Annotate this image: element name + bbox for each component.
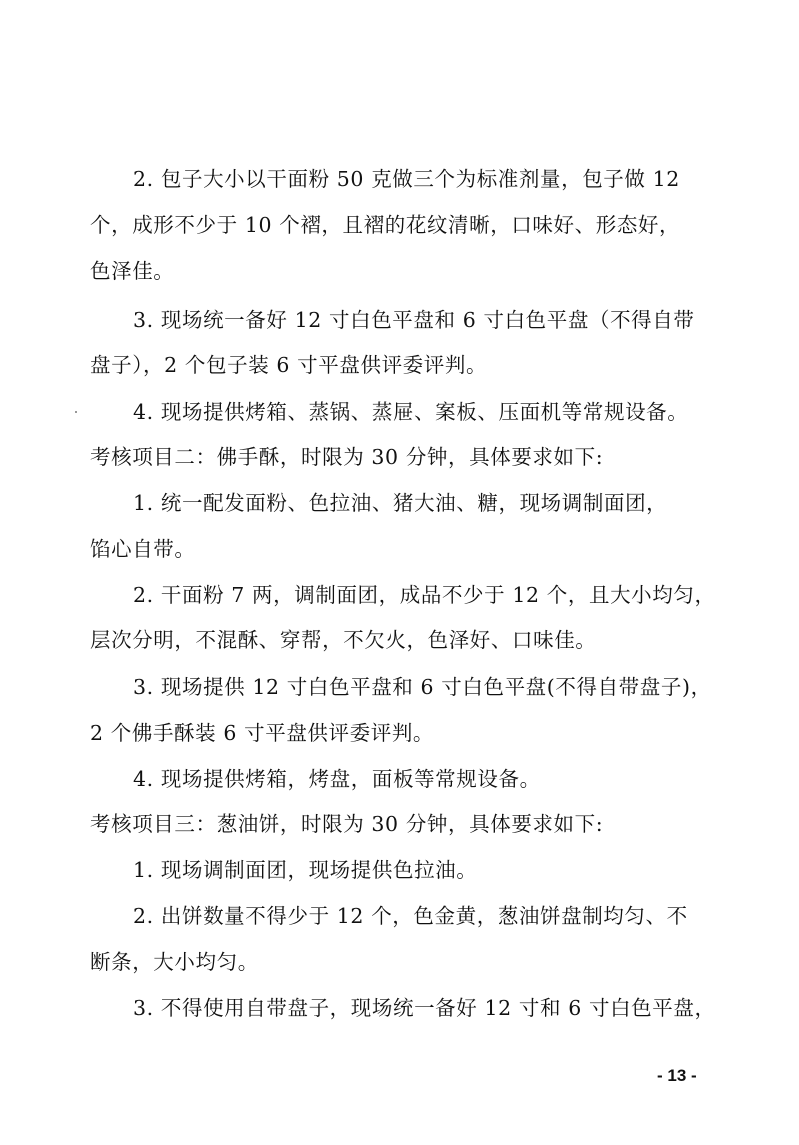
- section-heading-project-2: 考核项目二：佛手酥，时限为 30 分钟，具体要求如下:: [90, 444, 603, 470]
- item-3-plates-line-2: 盘子），2 个包子装 6 寸平盘供评委评判。: [90, 352, 487, 378]
- item-2-baozi-size-line-1: 2. 包子大小以干面粉 50 克做三个为标准剂量，包子做 12: [133, 166, 680, 192]
- item-3-plates-line-1: 3. 现场统一备好 12 寸白色平盘和 6 寸白色平盘（不得自带: [133, 307, 694, 333]
- p3-item-2-line-1: 2. 出饼数量不得少于 12 个，色金黄，葱油饼盘制均匀、不: [133, 903, 688, 929]
- section-heading-project-3: 考核项目三：葱油饼，时限为 30 分钟，具体要求如下:: [90, 811, 603, 837]
- page-number: - 13 -: [657, 1066, 697, 1086]
- document-page: 2. 包子大小以干面粉 50 克做三个为标准剂量，包子做 12 个，成形不少于 …: [0, 0, 799, 1145]
- p2-item-2-line-1: 2. 干面粉 7 两，调制面团，成品不少于 12 个，且大小均匀，: [133, 582, 716, 608]
- p2-item-4-equipment: 4. 现场提供烤箱，烤盘，面板等常规设备。: [133, 766, 541, 792]
- p2-item-3-line-1: 3. 现场提供 12 寸白色平盘和 6 寸白色平盘(不得自带盘子)，: [133, 674, 712, 700]
- p2-item-2-line-2: 层次分明，不混酥、穿帮，不欠火，色泽好、口味佳。: [90, 627, 596, 653]
- item-4-equipment: 4. 现场提供烤箱、蒸锅、蒸屉、案板、压面机等常规设备。: [133, 399, 688, 425]
- item-2-baozi-size-line-3: 色泽佳。: [90, 258, 174, 284]
- p2-item-1-line-2: 馅心自带。: [90, 536, 196, 562]
- scan-speck: [75, 411, 77, 413]
- p2-item-3-line-2: 2 个佛手酥装 6 寸平盘供评委评判。: [90, 720, 434, 746]
- item-2-baozi-size-line-2: 个，成形不少于 10 个褶，且褶的花纹清晰，口味好、形态好，: [90, 212, 680, 238]
- p3-item-1: 1. 现场调制面团，现场提供色拉油。: [133, 857, 477, 883]
- p2-item-1-line-1: 1. 统一配发面粉、色拉油、猪大油、糖，现场调制面团，: [133, 490, 667, 516]
- p3-item-2-line-2: 断条，大小均匀。: [90, 949, 259, 975]
- p3-item-3-line-1: 3. 不得使用自带盘子，现场统一备好 12 寸和 6 寸白色平盘，: [133, 995, 716, 1021]
